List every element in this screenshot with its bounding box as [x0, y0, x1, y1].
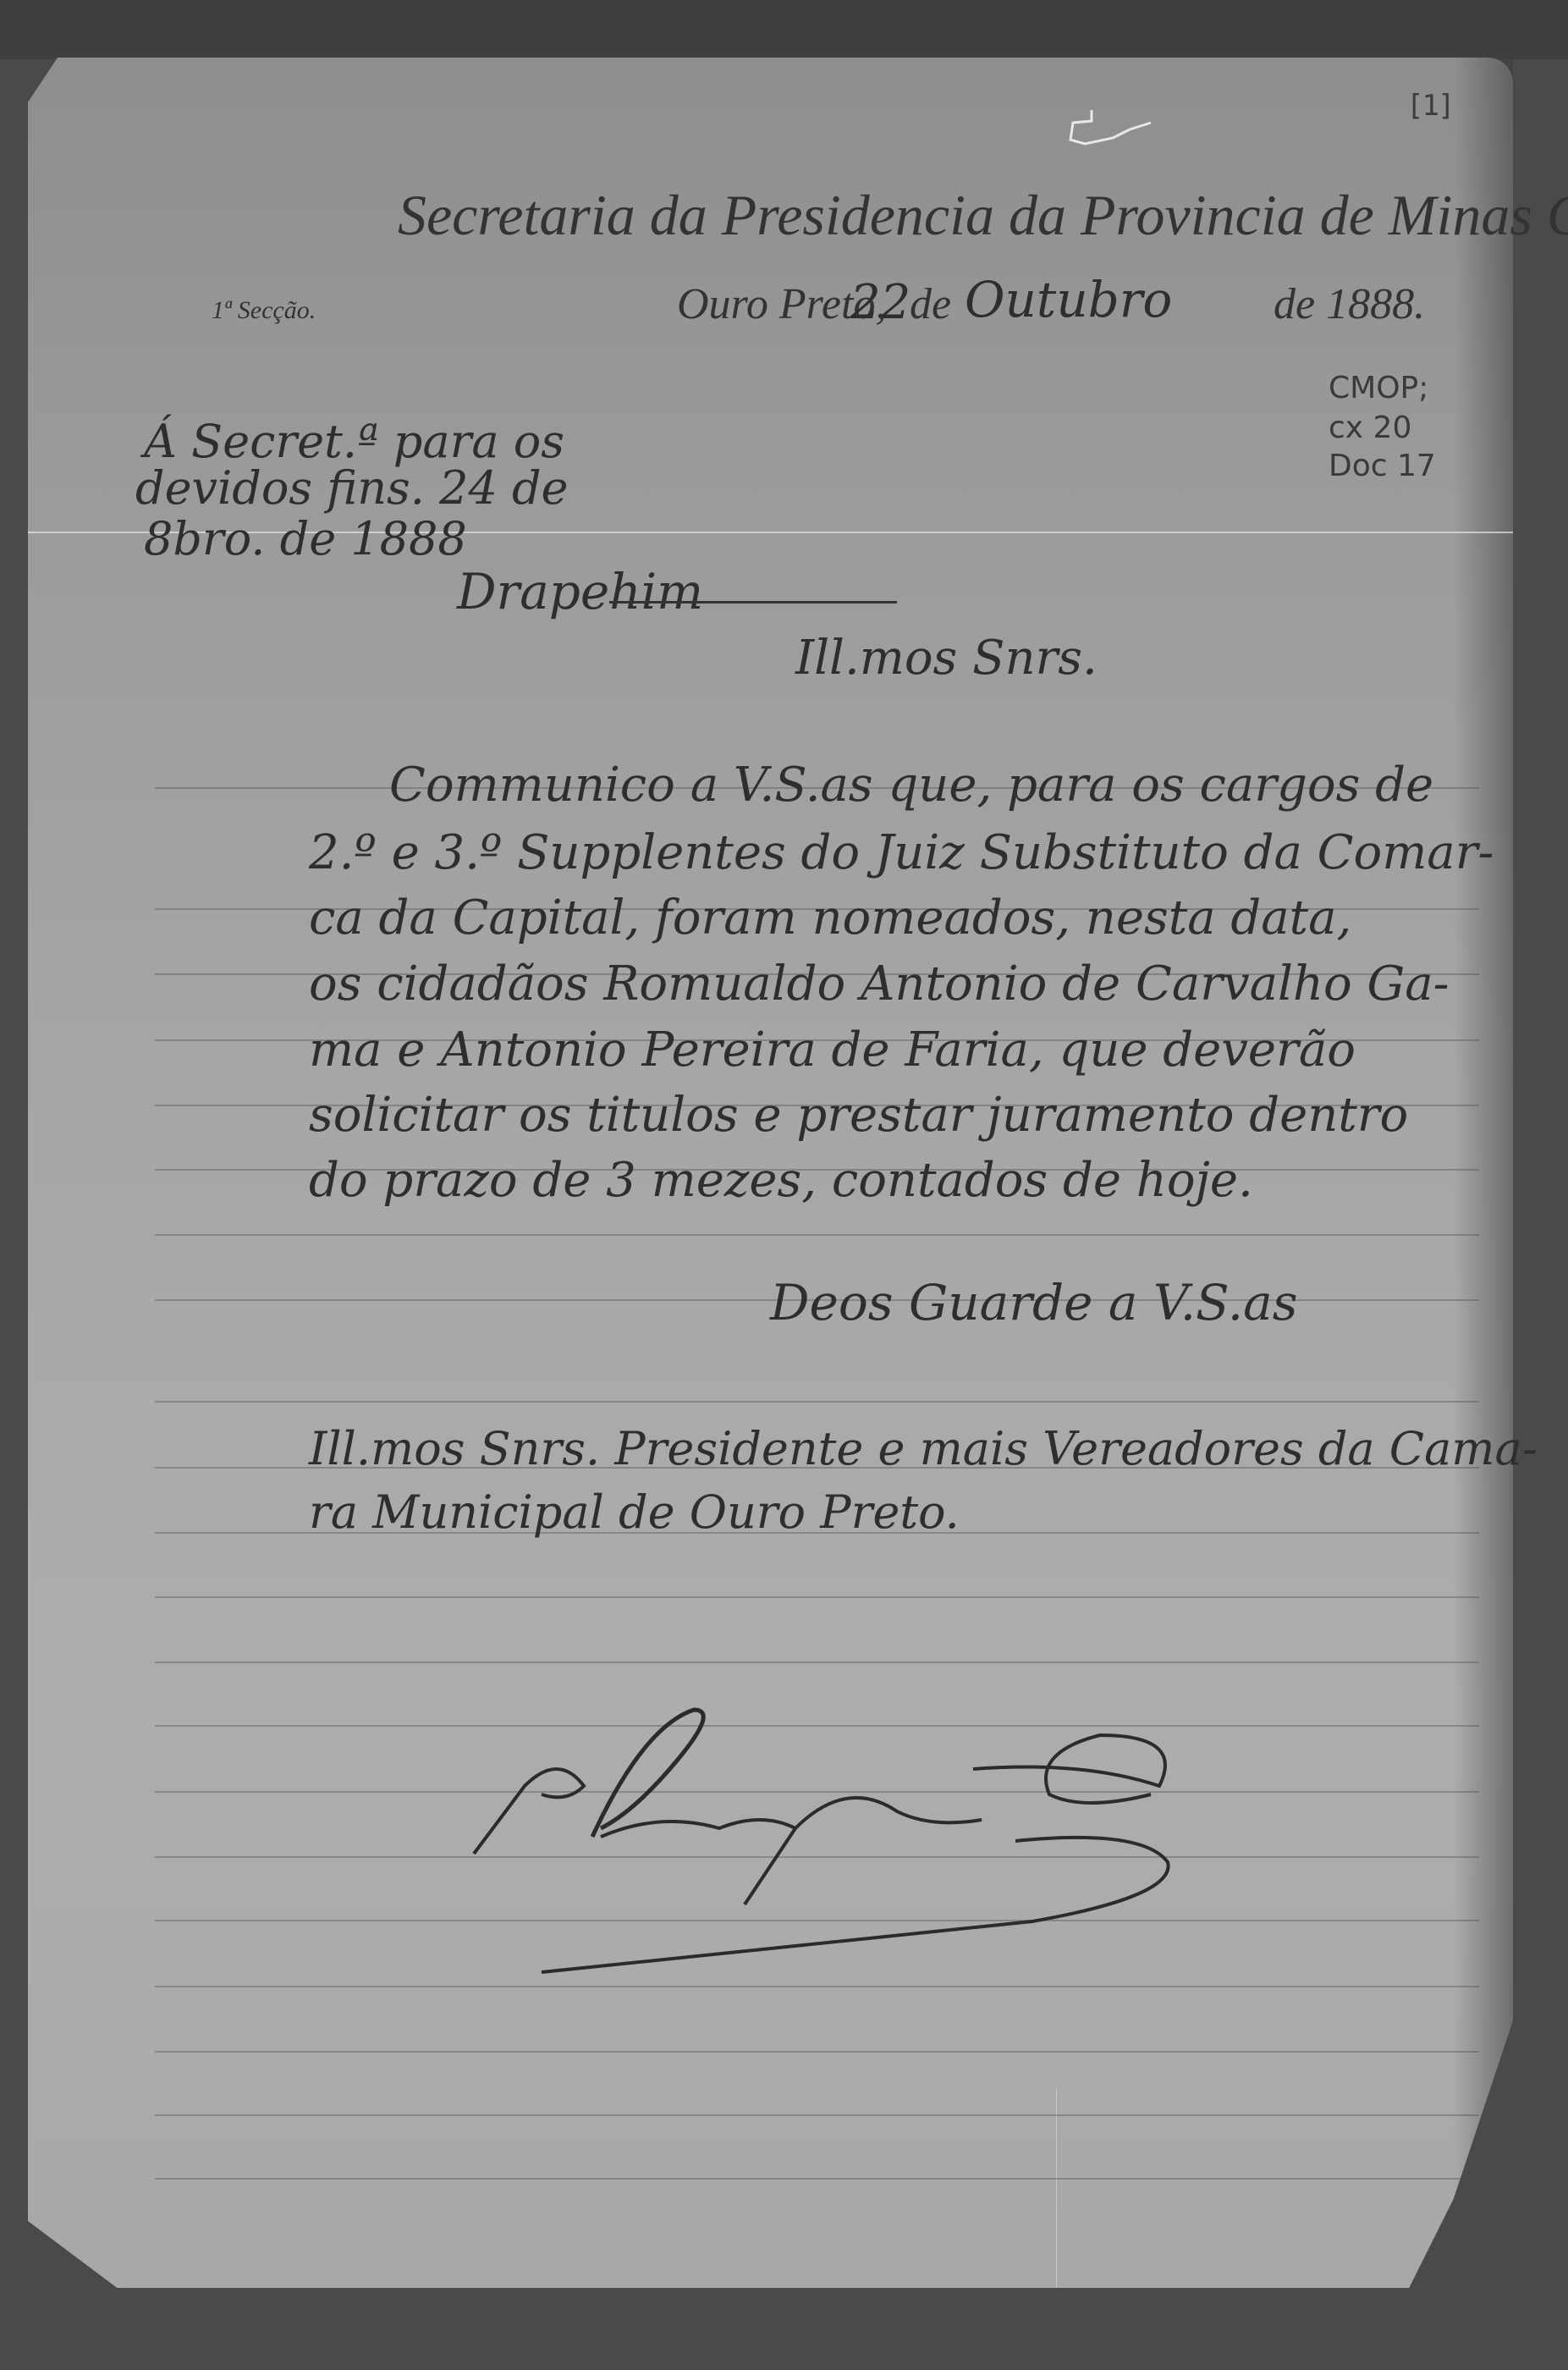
- page-number-marker: [1]: [1406, 89, 1453, 123]
- ruled-line: [155, 1401, 1479, 1403]
- signature-flourish: [440, 1659, 1286, 1998]
- archive-ref-collection: CMOP;: [1329, 371, 1428, 405]
- body-line: os cidadãos Romualdo Antonio de Carvalho…: [309, 956, 1450, 1011]
- scan-border-top: [0, 0, 1568, 59]
- body-line: solicitar os titulos e prestar juramento…: [309, 1088, 1408, 1143]
- paper-tear-mark: [1066, 106, 1159, 148]
- marginal-note-signature: Drapehim: [457, 563, 703, 620]
- ruled-line: [155, 1234, 1479, 1236]
- closing: Deos Guarde a V.S.as: [770, 1274, 1297, 1331]
- date-year: de 1888.: [1274, 279, 1425, 329]
- ruled-line: [155, 2178, 1479, 2180]
- ruled-line: [155, 2114, 1479, 2116]
- addressee-line: Ill.mos Snrs. Presidente e mais Vereador…: [309, 1422, 1538, 1475]
- date-month: Outubro: [965, 271, 1172, 328]
- letterhead-title: Secretaria da Presidencia da Provincia d…: [398, 182, 1568, 249]
- marginal-signature-underline: [609, 601, 897, 604]
- section-label: 1ª Secção.: [212, 296, 316, 325]
- ruled-line: [155, 1596, 1479, 1598]
- body-line: do prazo de 3 mezes, contados de hoje.: [309, 1153, 1253, 1208]
- fold-line-vertical: [1056, 2089, 1057, 2292]
- body-line: Communico a V.S.as que, para os cargos d…: [389, 758, 1433, 813]
- archive-ref-box: cx 20: [1329, 411, 1411, 445]
- addressee-line: ra Municipal de Ouro Preto.: [309, 1485, 960, 1539]
- ruled-line: [155, 2051, 1479, 2053]
- archive-ref-doc: Doc 17: [1329, 449, 1436, 483]
- body-line: 2.º e 3.º Supplentes do Juiz Substituto …: [309, 825, 1494, 880]
- marginal-note-line: devidos fins. 24 de: [135, 461, 569, 515]
- date-day: 22: [850, 275, 911, 330]
- marginal-note-line: Á Secret.ª para os: [144, 415, 564, 468]
- body-line: ma e Antonio Pereira de Faria, que dever…: [309, 1022, 1356, 1078]
- body-line: ca da Capital, foram nomeados, nesta dat…: [309, 890, 1351, 945]
- date-de: de: [910, 279, 951, 329]
- salutation: Ill.mos Snrs.: [795, 631, 1098, 686]
- marginal-note-line: 8bro. de 1888: [144, 512, 467, 565]
- signature-text: P. Rodrigues Martins: [474, 1727, 483, 1728]
- page-edge-shadow: [1454, 58, 1513, 2288]
